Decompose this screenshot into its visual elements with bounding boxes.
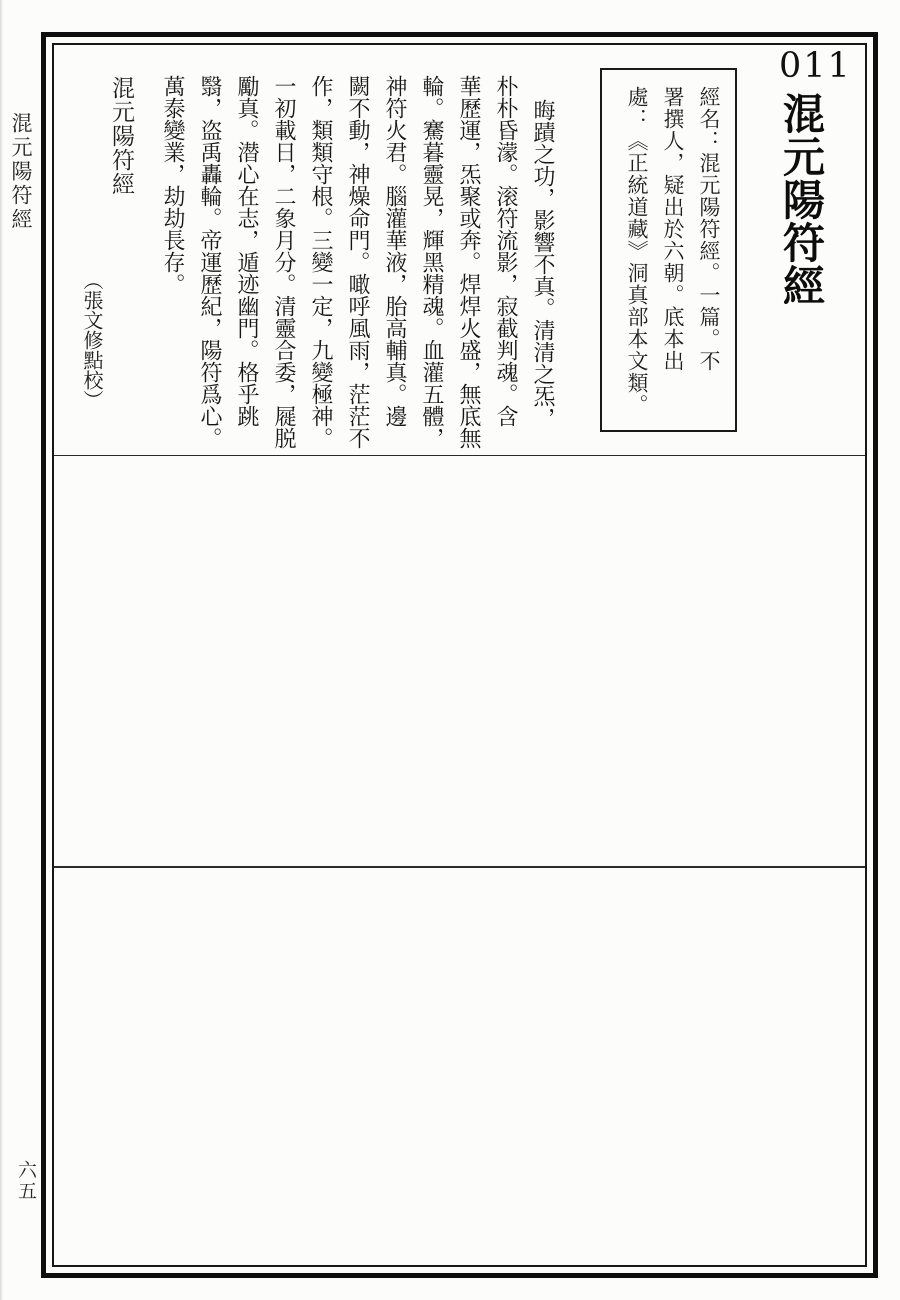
bibliographic-note-box: 經名：混元陽符經。一篇。不 署撰人，疑出於六朝。底本出 處：《正統道藏》洞真部本… (600, 68, 737, 432)
text-column: 萬泰變業，劫劫長存。 (155, 75, 192, 455)
text-column: 晦蹟之功，影響不真。清清之炁， (525, 75, 562, 455)
text-column: 一初載日，二象月分。清靈合委，屣脱 (266, 75, 303, 455)
note-column: 處：《正統道藏》洞真部本文類。 (619, 86, 655, 422)
text-column: 勵真。潜心在志，遁迹幽門。格乎跳 (229, 75, 266, 455)
scripture-text: 晦蹟之功，影響不真。清清之炁， 朴朴昏濛。滚符流影，寂截判魂。含 華歷運，炁聚或… (154, 75, 562, 455)
section-heading: 混元陽符經 (103, 76, 139, 196)
scanned-book-page: 混元陽符經 六五 011 混元陽符經 經名：混元陽符經。一篇。不 署撰人，疑出於… (0, 0, 900, 1300)
text-column: 朴朴昏濛。滚符流影，寂截判魂。含 (488, 75, 525, 455)
text-column: 華歷運，炁聚或奔。焊焊火盛，無底無 (451, 75, 488, 455)
text-column: 作，類類守根。三變一定，九變極神。 (303, 75, 340, 455)
text-column: 翳，盗禹轟輪。帝運歷紀，陽符爲心。 (192, 75, 229, 455)
folio-page-number: 六五 (13, 1160, 37, 1202)
book-title: 混元陽符經 (777, 92, 823, 307)
section-divider-bottom (54, 866, 865, 868)
margin-running-title: 混元陽符經 (8, 112, 34, 232)
section-divider-top (54, 455, 865, 456)
text-column: 闕不動，神燥命門。噉呼風雨，茫茫不 (340, 75, 377, 455)
text-column: 輪。騫暮靈晃，輝黑精魂。血灌五體， (414, 75, 451, 455)
note-column: 署撰人，疑出於六朝。底本出 (655, 86, 691, 422)
note-column: 經名：混元陽符經。一篇。不 (691, 86, 727, 422)
scan-edge-shadow (0, 0, 3, 1300)
bibliographic-note-text: 經名：混元陽符經。一篇。不 署撰人，疑出於六朝。底本出 處：《正統道藏》洞真部本… (619, 86, 727, 422)
catalog-number: 011 (779, 46, 852, 86)
editor-attribution: （張文修點校） (76, 270, 106, 410)
text-column: 神符火君。腦灌華液，胎高輔真。邊 (377, 75, 414, 455)
